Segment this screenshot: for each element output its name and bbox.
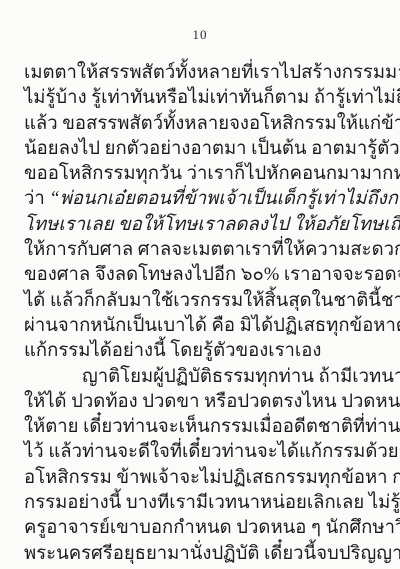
text-line: กรรมอย่างนี้ บางทีเรามีเวทนาหน่อยเลิกเลย…	[24, 491, 384, 516]
body-text: ของศาล จึงลดโทษลงไปอีก ๖๐% เราอาจจะรอดจา…	[24, 265, 400, 285]
text-line: ของศาล จึงลดโทษลงไปอีก ๖๐% เราอาจจะรอดจา…	[24, 263, 384, 288]
body-text: ครูอาจารย์เขาบอกกำหนด ปวดหนอ ๆ นักศึกษาว…	[24, 518, 400, 538]
body-text: ให้ได้ ปวดท้อง ปวดขา หรือปวดตรงไหน ปวดหน…	[24, 392, 400, 412]
text-line: ขออโหสิกรรมทุกวัน ว่าเราก็ไปหักคอนกมามาก…	[24, 162, 384, 187]
text-line: แก้กรรมได้อย่างนี้ โดยรู้ตัวของเราเอง	[24, 339, 384, 364]
text-line: อโหสิกรรม ข้าพเจ้าจะไม่ปฏิเสธกรรมทุกข้อห…	[24, 466, 384, 491]
text-line: เมตตาให้สรรพสัตว์ทั้งหลายที่เราไปสร้างกร…	[24, 61, 384, 86]
text-line: ให้ตาย เดี๋ยวท่านจะเห็นกรรมเมื่ออดีตชาติ…	[24, 415, 384, 440]
text-line: ไว้ แล้วท่านจะดีใจที่เดี๋ยวท่านจะได้แก้ก…	[24, 440, 384, 465]
body-text: เมตตาให้สรรพสัตว์ทั้งหลายที่เราไปสร้างกร…	[24, 63, 400, 83]
text-line: น้อยลงไป ยกตัวอย่างอาตมา เป็นต้น อาตมารู…	[24, 137, 384, 162]
body-text: แล้ว ขอสรรพสัตว์ทั้งหลายจงอโหสิกรรมให้แก…	[24, 114, 400, 134]
body-text: ให้ตาย เดี๋ยวท่านจะเห็นกรรมเมื่ออดีตชาติ…	[24, 417, 400, 437]
text-line: แล้ว ขอสรรพสัตว์ทั้งหลายจงอโหสิกรรมให้แก…	[24, 112, 384, 137]
text-line: ให้ได้ ปวดท้อง ปวดขา หรือปวดตรงไหน ปวดหน…	[24, 390, 384, 415]
body-text: กรรมอย่างนี้ บางทีเรามีเวทนาหน่อยเลิกเลย…	[24, 493, 400, 513]
page-number: 10	[0, 26, 400, 44]
text-line: ญาติโยมผู้ปฏิบัติธรรมทุกท่าน ถ้ามีเวทนาต…	[24, 365, 384, 390]
page-body: เมตตาให้สรรพสัตว์ทั้งหลายที่เราไปสร้างกร…	[0, 61, 400, 567]
body-text: ว่า	[24, 189, 49, 209]
body-text: ญาติโยมผู้ปฏิบัติธรรมทุกท่าน ถ้ามีเวทนาต…	[82, 367, 400, 387]
body-text: ได้ แล้วก็กลับมาใช้เวรกรรมให้สิ้นสุดในชา…	[24, 291, 400, 311]
body-text: ไม่รู้บ้าง รู้เท่าทันหรือไม่เท่าทันก็ตาม…	[24, 88, 400, 108]
body-text: แก้กรรมได้อย่างนี้ โดยรู้ตัวของเราเอง	[24, 341, 321, 361]
quoted-text: “พ่อนกเอ๋ยตอนที่ข้าพเจ้าเป็นเด็กรู้เท่าไ…	[49, 189, 400, 209]
book-page: 10 เมตตาให้สรรพสัตว์ทั้งหลายที่เราไปสร้า…	[0, 0, 400, 569]
text-line: ผ่านจากหนักเป็นเบาได้ คือ มิได้ปฏิเสธทุก…	[24, 314, 384, 339]
body-text: น้อยลงไป ยกตัวอย่างอาตมา เป็นต้น อาตมารู…	[24, 139, 400, 159]
body-text: ขออโหสิกรรมทุกวัน ว่าเราก็ไปหักคอนกมามาก…	[24, 164, 400, 184]
text-line: พระนครศรีอยุธยามานั่งปฏิบัติ เดี๋ยวนี้จบ…	[24, 542, 384, 567]
text-line: ครูอาจารย์เขาบอกกำหนด ปวดหนอ ๆ นักศึกษาว…	[24, 516, 384, 541]
text-line: ว่า “พ่อนกเอ๋ยตอนที่ข้าพเจ้าเป็นเด็กรู้เ…	[24, 187, 384, 212]
body-text: ผ่านจากหนักเป็นเบาได้ คือ มิได้ปฏิเสธทุก…	[24, 316, 400, 336]
body-text: ให้การกับศาล ศาลจะเมตตาเราที่ให้ความสะดว…	[24, 240, 400, 260]
text-line: ได้ แล้วก็กลับมาใช้เวรกรรมให้สิ้นสุดในชา…	[24, 289, 384, 314]
body-text: ไว้ แล้วท่านจะดีใจที่เดี๋ยวท่านจะได้แก้ก…	[24, 442, 400, 462]
text-line: โทษเราเลย ขอให้โทษเราลดลงไป ให้อภัยโทษเถ…	[24, 213, 384, 238]
quoted-text: โทษเราเลย ขอให้โทษเราลดลงไป ให้อภัยโทษเถ…	[24, 215, 400, 235]
body-text: อโหสิกรรม ข้าพเจ้าจะไม่ปฏิเสธกรรมทุกข้อห…	[24, 468, 400, 488]
text-line: ให้การกับศาล ศาลจะเมตตาเราที่ให้ความสะดว…	[24, 238, 384, 263]
text-line: ไม่รู้บ้าง รู้เท่าทันหรือไม่เท่าทันก็ตาม…	[24, 86, 384, 111]
body-text: พระนครศรีอยุธยามานั่งปฏิบัติ เดี๋ยวนี้จบ…	[24, 544, 400, 564]
